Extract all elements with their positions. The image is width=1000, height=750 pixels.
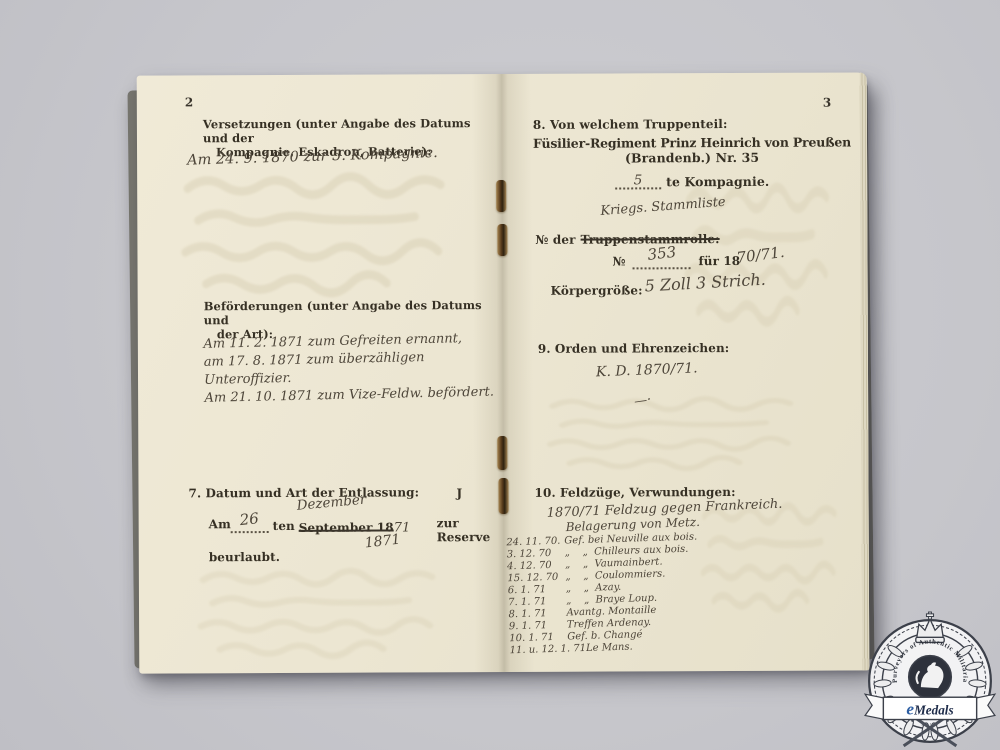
befoerderungen-entries: Am 11. 2. 1871 zum Gefreiten ernannt, am… <box>203 329 497 407</box>
nr-label: № <box>612 254 625 268</box>
entlassung-tail: zur Reserve <box>437 516 504 544</box>
befoerderungen-entry: ernannt, <box>406 330 463 349</box>
regiment-line2: (Brandenb.) Nr. 35 <box>524 149 860 165</box>
militaerpass-booklet: 2 Versetzungen (unter Angabe des Datums … <box>137 72 870 673</box>
kompagnie-line: 5 te Kompagnie. <box>524 170 860 190</box>
fuer-value-hand: 70/71. <box>736 243 786 267</box>
crown-icon <box>916 612 944 642</box>
page-number-left: 2 <box>185 95 193 109</box>
page-number-right: 3 <box>823 96 831 110</box>
nr-blank: 353 <box>632 249 690 269</box>
emedals-watermark-badge: Purveyors of Authentic Militaria eMedals… <box>858 610 1000 750</box>
nr-prefix: № der <box>535 233 575 247</box>
entlassung-am: Am <box>209 517 231 531</box>
koerpergroesse-label: Körpergröße: <box>551 283 643 297</box>
kompagnie-suffix: te Kompagnie. <box>666 174 769 189</box>
befoerderungen-entry: Am 21. 10. 1871 zum Vize-Feldw. <box>204 385 423 408</box>
page-2: 2 Versetzungen (unter Angabe des Datums … <box>137 74 505 674</box>
befoerderungen-label-line1: Beförderungen (unter Angabe des Datums u… <box>204 298 500 327</box>
fuer-print: für 18 <box>698 254 740 268</box>
entlassung-year-hand: 1871 <box>364 532 401 552</box>
entlassung-day-hand: 26 <box>239 509 260 529</box>
truppenteil-label: 8. Von welchem Truppenteil: <box>533 117 728 132</box>
sheet-mark: J <box>456 486 462 500</box>
feldzuege-entries: 24. 11. 70.Gef. bei Neuville aux bois. 3… <box>506 527 840 657</box>
orden-label: 9. Orden und Ehrenzeichen: <box>538 341 729 356</box>
regiment-line1: Füsilier-Regiment Prinz Heinrich von Pre… <box>524 134 860 150</box>
emedals-banner-text: eMedals <box>906 699 953 718</box>
photo-background: 2 Versetzungen (unter Angabe des Datums … <box>0 0 1000 750</box>
befoerderungen-entry: befördert. <box>427 384 494 403</box>
nr-value-hand: 353 <box>646 243 676 264</box>
entlassung-day-blank: 26 <box>231 513 269 533</box>
befoerderungen-entry: am 17. 8. 1871 zum überzähligen <box>204 349 425 372</box>
stammliste-hand: Kriegs. Stammliste <box>600 195 726 219</box>
kompagnie-blank: 5 <box>615 171 661 189</box>
badge-est-text: Est. 1997 <box>921 722 939 727</box>
orden-flourish: —· <box>633 392 652 409</box>
befoerderungen-entry: Unteroffizier. <box>204 370 292 390</box>
stammrolle-line: № der Truppenstammrolle: <box>535 228 719 248</box>
kompagnie-value-hand: 5 <box>634 172 643 188</box>
feldzuege-label: 10. Feldzüge, Verwundungen: <box>534 485 735 500</box>
entlassung-ten: ten <box>273 519 295 533</box>
page-3: 3 8. Von welchem Truppenteil: Füsilier-R… <box>502 72 870 672</box>
orden-value-hand: K. D. 1870/71. <box>596 360 698 380</box>
entlassung-end: beurlaubt. <box>209 550 280 564</box>
versetzungen-label-line1: Versetzungen (unter Angabe des Datums un… <box>203 116 499 145</box>
koerpergroesse-value-hand: 5 Zoll 3 Strich. <box>644 270 766 296</box>
